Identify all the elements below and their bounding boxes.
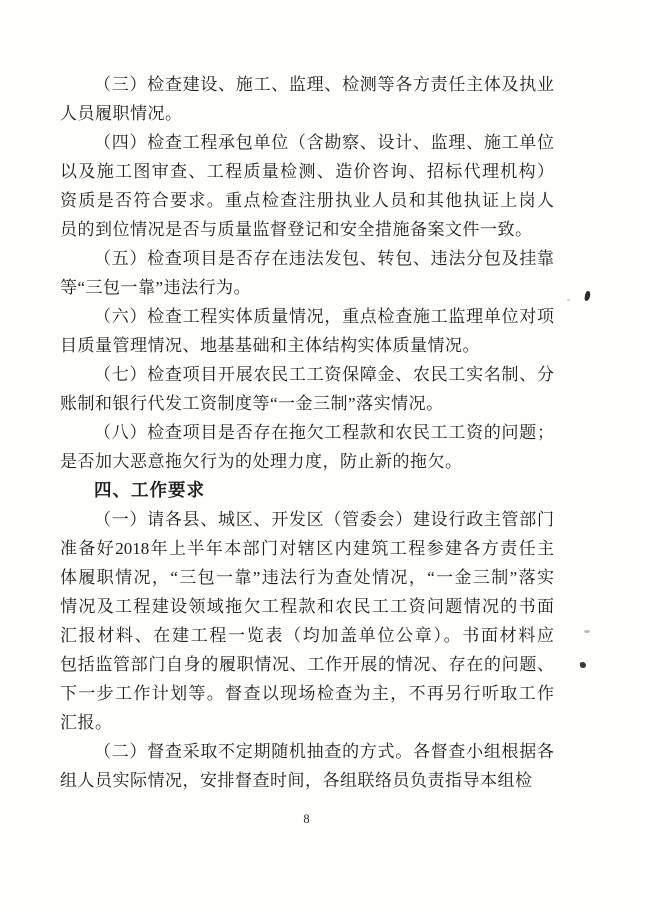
document-body: （三）检查建设、施工、监理、检测等各方责任主体及执业 人员履职情况。 （四）检查… [60,70,554,795]
text-line: 下一步工作计划等。督查以现场检查为主，不再另行听取工作 [60,679,554,708]
text-line: 是否加大恶意拖欠行为的处理力度，防止新的拖欠。 [60,447,554,476]
page-number: 8 [60,812,554,827]
text-line: （七）检查项目开展农民工工资保障金、农民工实名制、分 [60,360,554,389]
text-line: 准备好2018年上半年本部门对辖区内建筑工程参建各方责任主 [60,534,554,563]
text-line: （三）检查建设、施工、监理、检测等各方责任主体及执业 [60,70,554,99]
section-heading-work-requirements: 四、工作要求 [60,476,554,505]
scan-speck [567,299,570,301]
document-page: （三）检查建设、施工、监理、检测等各方责任主体及执业 人员履职情况。 （四）检查… [0,0,645,908]
text-line: 包括监管部门自身的履职情况、工作开展的情况、存在的问题、 [60,650,554,679]
text-line: （六）检查工程实体质量情况，重点检查施工监理单位对项 [60,302,554,331]
text-line: 人员履职情况。 [60,99,554,128]
text-line: 员的到位情况是否与质量监督登记和安全措施备案文件一致。 [60,215,554,244]
text-line: 汇报材料、在建工程一览表（均加盖单位公章）。书面材料应 [60,621,554,650]
text-line: （二）督查采取不定期随机抽查的方式。各督查小组根据各 [60,737,554,766]
text-line: 以及施工图审查、工程质量检测、造价咨询、招标代理机构） [60,157,554,186]
text-line: 资质是否符合要求。重点检查注册执业人员和其他执证上岗人 [60,186,554,215]
text-line: （五）检查项目是否存在违法发包、转包、违法分包及挂靠 [60,244,554,273]
scan-speck [584,630,590,633]
text-line: 体履职情况，“三包一靠”违法行为查处情况，“一金三制”落实 [60,563,554,592]
text-line: 情况及工程建设领域拖欠工程款和农民工工资问题情况的书面 [60,592,554,621]
scan-speck [580,662,587,669]
text-line: 账制和银行代发工资制度等“一金三制”落实情况。 [60,389,554,418]
text-line: （八）检查项目是否存在拖欠工程款和农民工工资的问题； [60,418,554,447]
text-line: （四）检查工程承包单位（含勘察、设计、监理、施工单位 [60,128,554,157]
scan-speck [584,291,591,302]
text-line: 组人员实际情况，安排督查时间，各组联络员负责指导本组检 [60,766,554,795]
text-line: （一）请各县、城区、开发区（管委会）建设行政主管部门 [60,505,554,534]
text-line: 目质量管理情况、地基基础和主体结构实体质量情况。 [60,331,554,360]
text-line: 等“三包一靠”违法行为。 [60,273,554,302]
text-line: 汇报。 [60,708,554,737]
